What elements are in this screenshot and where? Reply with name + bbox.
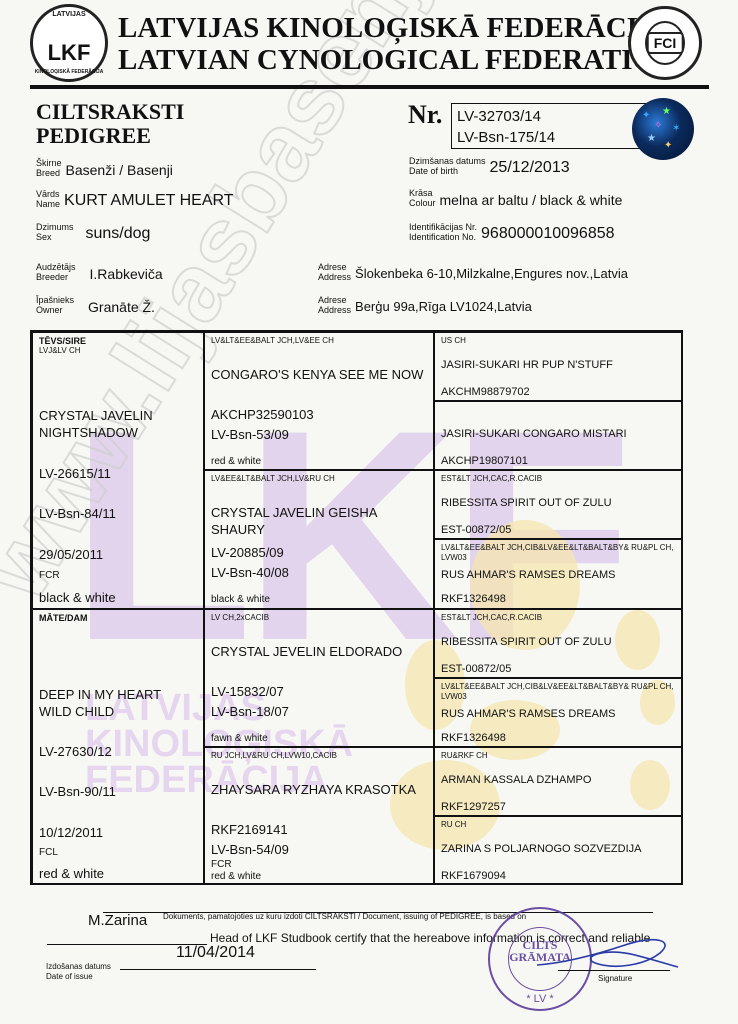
great-grandparent-name: JASIRI-SUKARI HR PUP N'STUFF xyxy=(441,358,613,373)
grandparent-titles: LV&LT&EE&BALT JCH,LV&EE CH xyxy=(211,336,427,346)
sire-name: CRYSTAL JAVELINNIGHTSHADOW xyxy=(39,407,153,441)
grandparent-cell: LV CH,2xCACIBCRYSTAL JEVELIN ELDORADOLV-… xyxy=(204,609,434,747)
identification-field: Identifikācijas Nr.Identification No. 96… xyxy=(409,222,615,242)
owner-address-value: Berģu 99a,Rīga LV1024,Latvia xyxy=(355,299,532,315)
federation-title: LATVIJAS KINOLOĢISKĀ FEDERĀCIJA LATVIAN … xyxy=(118,12,676,76)
page-header: LATVIJAS LKF KINOLOĢISKĀ FEDERĀCIJA LATV… xyxy=(30,4,705,84)
grandparent-name: CRYSTAL JAVELIN GEISHA SHAURY xyxy=(211,504,433,538)
dob-field: Dzimšanas datumsDate of birth 25/12/2013 xyxy=(409,156,570,176)
great-grandparent-titles: LV&LT&EE&BALT JCH,CIB&LV&EE&LT&BALT&BY& … xyxy=(441,682,676,702)
name-label: VārdsName xyxy=(36,189,60,209)
colour-value: melna ar baltu / black & white xyxy=(440,192,623,208)
breeder-value: I.Rabkeviča xyxy=(90,266,163,282)
great-grandparent-name: RIBESSITA SPIRIT OUT OF ZULU xyxy=(441,496,612,511)
identification-label: Identifikācijas Nr.Identification No. xyxy=(409,222,477,242)
breed-value: Basenži / Basenji xyxy=(66,162,173,178)
grandparent-colour: fawn & white xyxy=(211,732,268,745)
colour-label: KrāsaColour xyxy=(409,188,436,208)
grandparent-name: CRYSTAL JEVELIN ELDORADO xyxy=(211,643,402,660)
header-divider xyxy=(30,85,709,89)
grandparent-reg-2: LV-Bsn-18/07 xyxy=(211,703,289,720)
grandparent-cell: LV&LT&EE&BALT JCH,LV&EE CHCONGARO'S KENY… xyxy=(204,332,434,470)
breeder-address-field: AdreseAddress Šlokenbeka 6-10,Milzkalne,… xyxy=(318,262,628,282)
great-grandparent-name: RUS AHMAR'S RAMSES DREAMS xyxy=(441,707,615,722)
great-grandparent-name: ARMAN KASSALA DZHAMPO xyxy=(441,773,591,788)
great-grandparent-reg: AKCHP19807101 xyxy=(441,454,528,469)
document-note: Dokuments, pamatojoties uz kuru izdoti C… xyxy=(163,912,526,921)
name-field: VārdsName KURT AMULET HEART xyxy=(36,189,234,209)
dam-colour: red & white xyxy=(39,865,104,882)
sex-field: DzimumsSex suns/dog xyxy=(36,222,150,242)
federation-title-en: LATVIAN CYNOLOGICAL FEDERATION xyxy=(118,44,676,76)
logo-core-text: LKF xyxy=(48,40,91,66)
grandparent-name: ZHAYSARA RYZHAYA KRASOTKA xyxy=(211,781,416,798)
great-grandparent-titles: EST&LT JCH,CAC,R.CACIB xyxy=(441,613,676,623)
grandparent-titles: LV CH,2xCACIB xyxy=(211,613,427,623)
great-grandparent-name: JASIRI-SUKARI CONGARO MISTARI xyxy=(441,427,627,442)
registration-number-box: LV-32703/14 LV-Bsn-175/14 xyxy=(451,103,651,149)
grandparent-colour: red & white xyxy=(211,870,261,883)
breed-label: ŠkirneBreed xyxy=(36,158,62,178)
dam-dob: 10/12/2011 xyxy=(39,824,103,841)
sex-value: suns/dog xyxy=(86,226,151,242)
sire-reg-1: LV-26615/11 xyxy=(39,465,111,482)
federation-title-lv: LATVIJAS KINOLOĢISKĀ FEDERĀCIJA xyxy=(118,12,676,44)
issue-date-line xyxy=(120,969,316,970)
identification-value: 968000010096858 xyxy=(481,226,614,242)
signature-scribble-icon xyxy=(535,935,680,975)
grandparent-reg-2: LV-Bsn-54/09 xyxy=(211,841,289,858)
sire-code: FCR xyxy=(39,569,60,582)
great-grandparent-name: RIBESSITA SPIRIT OUT OF ZULU xyxy=(441,635,612,650)
dam-code: FCL xyxy=(39,846,58,859)
great-grandparent-reg: RKF1326498 xyxy=(441,731,506,746)
grandparent-reg-1: RKF2169141 xyxy=(211,821,288,838)
owner-label: ĪpašnieksOwner xyxy=(36,295,74,315)
great-grandparent-titles: LV&LT&EE&BALT JCH,CIB&LV&EE&LT&BALT&BY& … xyxy=(441,543,676,563)
sire-colour: black & white xyxy=(39,589,116,606)
owner-value: Granāte Ž. xyxy=(88,299,155,315)
grandparent-titles: LV&EE&LT&BALT JCH,LV&RU CH xyxy=(211,474,427,484)
sire-titles: LVJ&LV CH xyxy=(39,346,197,356)
great-grandparent-reg: RKF1326498 xyxy=(441,592,506,607)
grandparent-titles: RU JCH,LV&RU CH,LVW10,CACIB xyxy=(211,751,427,761)
dob-label: Dzimšanas datumsDate of birth xyxy=(409,156,486,176)
great-grandparent-titles: EST&LT JCH,CAC,R.CACIB xyxy=(441,474,676,484)
lkf-logo-icon: LATVIJAS LKF KINOLOĢISKĀ FEDERĀCIJA xyxy=(30,4,108,82)
great-grandparent-reg: AKCHM98879702 xyxy=(441,385,530,400)
great-grandparent-cell: US CHJASIRI-SUKARI HR PUP N'STUFFAKCHM98… xyxy=(434,332,683,401)
grandparent-reg-2: LV-Bsn-40/08 xyxy=(211,564,289,581)
great-grandparent-cell: JASIRI-SUKARI CONGARO MISTARIAKCHP198071… xyxy=(434,401,683,470)
document-title-lv: CILTSRAKSTI xyxy=(36,100,184,124)
logo-ring-text: LATVIJAS xyxy=(33,11,105,18)
great-grandparent-name: ZARINA S POLJARNOGO SOZVEZDIJA xyxy=(441,842,641,857)
hologram-sticker-icon: ✦★✶ ★✦✧ xyxy=(632,98,694,160)
grandparent-reg-2: LV-Bsn-53/09 xyxy=(211,426,289,443)
great-grandparent-reg: EST-00872/05 xyxy=(441,662,511,677)
grandparent-reg-1: AKCHP32590103 xyxy=(211,406,314,423)
great-grandparent-name: RUS AHMAR'S RAMSES DREAMS xyxy=(441,568,615,583)
issue-date: 11/04/2014 xyxy=(176,944,255,962)
address-label: AdreseAddress xyxy=(318,295,351,315)
sire-dob: 29/05/2011 xyxy=(39,546,103,563)
great-grandparent-reg: RKF1297257 xyxy=(441,800,506,815)
owner-field: ĪpašnieksOwner Granāte Ž. xyxy=(36,295,155,315)
studbook-number: LV-Bsn-175/14 xyxy=(457,127,650,148)
great-grandparent-cell: EST&LT JCH,CAC,R.CACIBRIBESSITA SPIRIT O… xyxy=(434,470,683,539)
sex-label: DzimumsSex xyxy=(36,222,74,242)
grandparent-name: CONGARO'S KENYA SEE ME NOW xyxy=(211,366,423,383)
colour-field: KrāsaColour melna ar baltu / black & whi… xyxy=(409,188,622,208)
dob-value: 25/12/2013 xyxy=(490,160,570,176)
grandparent-cell: RU JCH,LV&RU CH,LVW10,CACIBZHAYSARA RYZH… xyxy=(204,747,434,885)
grandparent-reg-1: LV-15832/07 xyxy=(211,683,284,700)
great-grandparent-titles: US CH xyxy=(441,336,676,346)
breeder-label: AudzētājsBreeder xyxy=(36,262,76,282)
grandparent-colour: black & white xyxy=(211,593,270,606)
number-label: Nr. xyxy=(408,100,442,130)
sire-cell: TĒVS/SIRE LVJ&LV CH CRYSTAL JAVELINNIGHT… xyxy=(32,332,204,609)
great-grandparent-cell: LV&LT&EE&BALT JCH,CIB&LV&EE&LT&BALT&BY& … xyxy=(434,539,683,608)
great-grandparent-cell: RU CHZARINA S POLJARNOGO SOZVEZDIJARKF16… xyxy=(434,816,683,885)
owner-address-field: AdreseAddress Berģu 99a,Rīga LV1024,Latv… xyxy=(318,295,532,315)
grandparent-reg-1: LV-20885/09 xyxy=(211,544,284,561)
great-grandparent-titles: RU&RKF CH xyxy=(441,751,676,761)
document-title: CILTSRAKSTI PEDIGREE xyxy=(36,100,184,148)
document-title-en: PEDIGREE xyxy=(36,124,184,148)
dam-cell: MĀTE/DAM DEEP IN MY HEARTWILD CHILD LV-2… xyxy=(32,609,204,885)
great-grandparent-cell: EST&LT JCH,CAC,R.CACIBRIBESSITA SPIRIT O… xyxy=(434,609,683,678)
dam-reg-2: LV-Bsn-90/11 xyxy=(39,783,116,800)
pedigree-table: TĒVS/SIRE LVJ&LV CH CRYSTAL JAVELINNIGHT… xyxy=(30,330,683,885)
great-grandparent-reg: EST-00872/05 xyxy=(441,523,511,538)
name-value: KURT AMULET HEART xyxy=(64,193,234,209)
address-label: AdreseAddress xyxy=(318,262,351,282)
dam-heading: MĀTE/DAM xyxy=(39,613,197,623)
grandparent-cell: LV&EE&LT&BALT JCH,LV&RU CHCRYSTAL JAVELI… xyxy=(204,470,434,608)
issue-date-label: Izdošanas datumsDate of issue xyxy=(46,962,111,982)
sire-heading: TĒVS/SIRE xyxy=(39,336,197,346)
logo-core-text: FCI xyxy=(647,32,684,54)
great-grandparent-cell: LV&LT&EE&BALT JCH,CIB&LV&EE&LT&BALT&BY& … xyxy=(434,678,683,747)
dam-reg-1: LV-27630/12 xyxy=(39,743,112,760)
fci-logo-icon: FCI xyxy=(628,6,702,80)
logo-ring-text: KINOLOĢISKĀ FEDERĀCIJA xyxy=(33,69,105,75)
breeder-address-value: Šlokenbeka 6-10,Milzkalne,Engures nov.,L… xyxy=(355,266,628,282)
dam-name: DEEP IN MY HEARTWILD CHILD xyxy=(39,686,161,720)
breed-field: ŠkirneBreed Basenži / Basenji xyxy=(36,158,173,178)
breeder-field: AudzētājsBreeder I.Rabkeviča xyxy=(36,262,163,282)
great-grandparent-cell: RU&RKF CHARMAN KASSALA DZHAMPORKF1297257 xyxy=(434,747,683,816)
grandparent-colour: red & white xyxy=(211,455,261,468)
signature-label: Signature xyxy=(598,974,632,983)
great-grandparent-reg: RKF1679094 xyxy=(441,869,506,884)
great-grandparent-titles: RU CH xyxy=(441,820,676,830)
registration-number: LV-32703/14 xyxy=(457,106,650,127)
sire-reg-2: LV-Bsn-84/11 xyxy=(39,505,116,522)
signatory-name: M.Zarina xyxy=(88,912,147,929)
